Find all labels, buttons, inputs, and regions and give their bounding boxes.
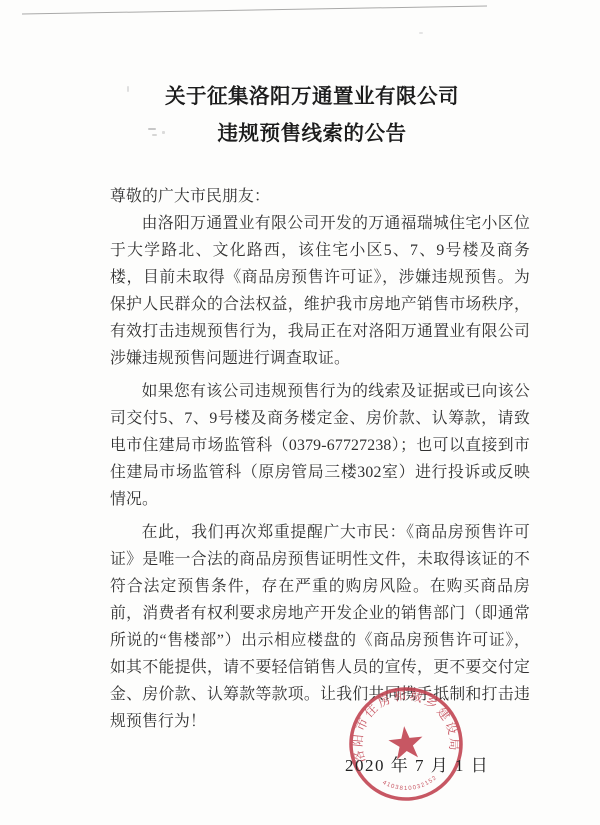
body-text: 尊敬的广大市民朋友： 由洛阳万通置业有限公司开发的万通福瑞城住宅小区位于大学路北… [110, 183, 530, 741]
paragraph-3: 在此，我们再次郑重提醒广大市民：《商品房预售许可证》是唯一合法的商品房预售证明性… [110, 519, 530, 735]
paragraph-1: 由洛阳万通置业有限公司开发的万通福瑞城住宅小区位于大学路北、文化路西，该住宅小区… [110, 210, 530, 372]
scan-artifact-line [0, 0, 600, 30]
seal-code-text: 4103810032152 [381, 774, 440, 794]
scanned-announcement-page: 关于征集洛阳万通置业有限公司 违规预售线索的公告 尊敬的广大市民朋友： 由洛阳万… [0, 0, 600, 825]
salutation: 尊敬的广大市民朋友： [110, 183, 530, 210]
smudge-mark [419, 32, 423, 34]
document-title-line2: 违规预售线索的公告 [12, 115, 600, 152]
paragraph-2: 如果您有该公司违规预售行为的线索及证据或已向该公司交付5、7、9号楼及商务楼定金… [110, 378, 530, 513]
document-title-line1: 关于征集洛阳万通置业有限公司 [12, 78, 600, 115]
issue-date: 2020 年 7 月 1 日 [345, 751, 489, 776]
svg-text:4103810032152: 4103810032152 [381, 774, 440, 794]
title-block: 关于征集洛阳万通置业有限公司 违规预售线索的公告 [12, 78, 600, 152]
